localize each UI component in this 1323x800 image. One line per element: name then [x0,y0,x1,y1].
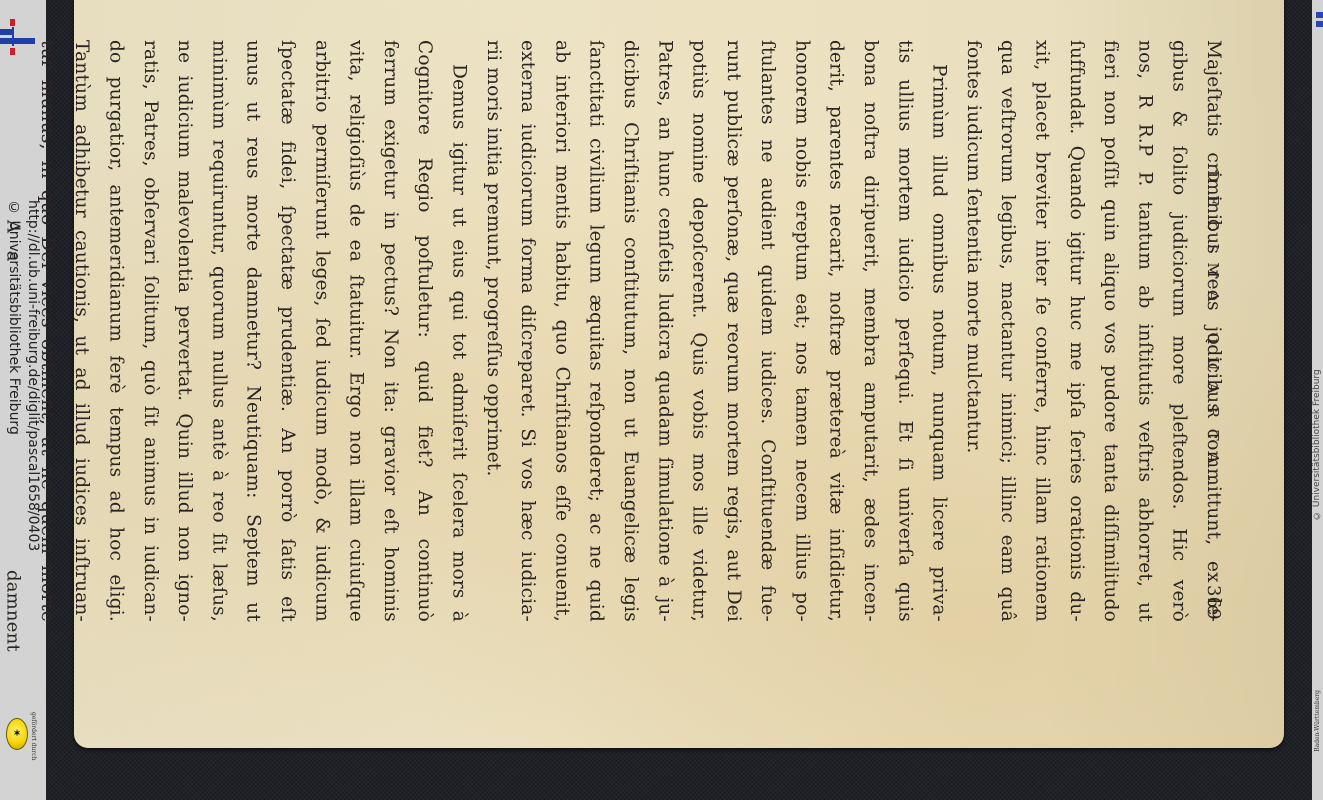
funder-logo-icon[interactable]: ✶ [6,718,28,750]
text-line: Cognitore Regio poſtuletur: quid fiet? A… [407,40,441,622]
text-line: ferrum exigetur in pectus? Non ita: grav… [373,40,407,622]
text-line: bona noſtra diripuerit, membra amputarit… [853,40,887,622]
text-line: ſanctitati civilium legum æquitas reſpon… [578,40,612,622]
text-line: do purgatior, antemeridianum ferè tempus… [98,40,132,622]
text-line: externa iudiciorum forma diſcreparet. Si… [510,40,544,622]
text-line: qua veſtrorum legibus, mactantur inimici… [990,40,1024,622]
text-line: ab interiori mentis habitu, quo Chriſtia… [544,40,578,622]
text-line: Primùm illud omnibus notum, nunquam lice… [921,40,955,622]
text-line: xit, placet breviter inter ſe conferre, … [1024,40,1058,622]
text-line: Demus igitur ut eius qui tot admiſerit ſ… [441,40,475,622]
text-line: ne iudicium malevolentia pervertat. Quin… [167,40,201,622]
text-line: fontes iudicum ſententia morte mulctantu… [956,40,990,622]
text-line: ſuffundat. Quando igitur huc me ipſa ſer… [1059,40,1093,622]
text-line: Tantùm adhibetur cautionis, ut ad illud … [64,40,98,622]
text-line: vita, religioſiùs de ea ſtatuitur. Ergo … [338,40,372,622]
text-line: fieri non poſſit quin aliquo vos pudore … [1093,40,1127,622]
text-line: Patres, an hunc cenſetis ludicra quadam … [647,40,681,622]
text-line: runt publicæ perſonæ, quæ reorum mortem … [716,40,750,622]
right-sidebar: © Universitätsbibliothek Freiburg Baden-… [1312,0,1323,800]
text-line: potiùs nomine depoſcerent. Quis vobis mo… [681,40,715,622]
text-line: derit, parentes necarit, noſtræ prætereà… [818,40,852,622]
signature-mark: A a [0,220,30,267]
copyright-text-right: © Universitätsbibliothek Freiburg [1312,280,1323,520]
funded-by-label: gefördert durch [30,712,37,760]
page-text-block: DECIMA QUARTA. 369 Majeſtatis criminibus… [190,40,1230,640]
text-line: ſtulantes ne audient quidem iudices. Con… [750,40,784,622]
text-line: arbitrio permiſerunt leges, ſed iudicum … [304,40,338,622]
running-head-title: DECIMA QUARTA. [1196,170,1230,494]
text-line: honorem nobis ereptum eat; nos tamen nec… [784,40,818,622]
text-line: rii moris initia premunt, progreſſus opp… [475,40,509,622]
text-line: ſpectatæ fidei, ſpectatæ prudentiæ. An p… [270,40,304,622]
text-line: ratis, Patres, obſervari ſolitum, quò ſi… [133,40,167,622]
page-number: 369 [1196,585,1230,620]
text-line: tur munus, in quo Dei vices obtinent, ut… [30,40,64,622]
university-logo-small-icon[interactable] [1316,12,1323,32]
text-line: gibus & ſolito judiciorum more pleſtendo… [1161,40,1195,622]
text-line: nos, R R.P P. tantum ab inſtitutis veſtr… [1127,40,1161,622]
text-line: minimùm requiruntur, quorum nullus antè … [201,40,235,622]
catchword: damnent [0,570,30,652]
body-text: Majeſtatis criminibus reos judicibus com… [30,40,1230,640]
funder-label-right: Baden-Württemberg [1312,690,1323,752]
text-line: unus ut reus morte damnetur? Neutiquam: … [235,40,269,622]
text-line: tis ullius mortem iudicio perſequi. Et ſ… [887,40,921,622]
text-line: dicibus Chriſtianis conſtitutum, non ut … [613,40,647,622]
